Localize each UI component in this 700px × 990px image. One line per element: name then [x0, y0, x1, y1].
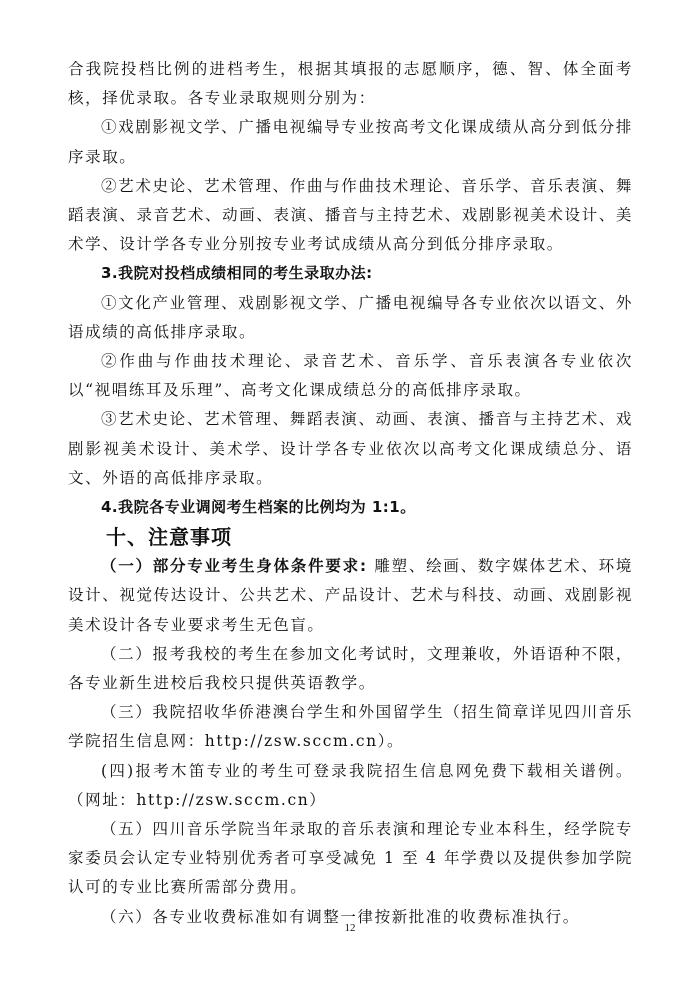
paragraph-rule-1: ①戏剧影视文学、广播电视编导专业按高考文化课成绩从高分到低分排序录取。 — [68, 113, 633, 171]
note-4: (四)报考木笛专业的考生可登录我院招生信息网免费下载相关谱例。（网址：http:… — [68, 757, 633, 815]
paragraph-rule-2: ②艺术史论、艺术管理、作曲与作曲技术理论、音乐学、音乐表演、舞蹈表演、录音艺术、… — [68, 172, 633, 260]
paragraph-tie-break-2: ②作曲与作曲技术理论、录音艺术、音乐学、音乐表演各专业依次以“视唱练耳及乐理”、… — [68, 347, 633, 405]
page-number: 12 — [0, 922, 700, 934]
paragraph-tie-break-1: ①文化产业管理、戏剧影视文学、广播电视编导各专业依次以语文、外语成绩的高低排序录… — [68, 289, 633, 347]
paragraph-tie-break-3: ③艺术史论、艺术管理、舞蹈表演、动画、表演、播音与主持艺术、戏剧影视美术设计、美… — [68, 405, 633, 493]
note-1: （一）部分专业考生身体条件要求: 雕塑、绘画、数字媒体艺术、环境设计、视觉传达设… — [68, 552, 633, 640]
subheading-file-ratio: 4.我院各专业调阅考生档案的比例均为 1:1。 — [68, 493, 633, 522]
note-2: （二）报考我校的考生在参加文化考试时，文理兼收，外语语种不限，各专业新生进校后我… — [68, 640, 633, 698]
note-1-lead: （一）部分专业考生身体条件要求: — [101, 557, 368, 575]
document-page: 合我院投档比例的进档考生，根据其填报的志愿顺序，德、智、体全面考核，择优录取。各… — [68, 55, 633, 932]
section-heading-notes: 十、注意事项 — [68, 522, 633, 552]
note-3: （三）我院招收华侨港澳台学生和外国留学生（招生简章详见四川音乐学院招生信息网：h… — [68, 698, 633, 756]
paragraph-admission-rules-intro: 合我院投档比例的进档考生，根据其填报的志愿顺序，德、智、体全面考核，择优录取。各… — [68, 55, 633, 113]
subheading-tie-break-rules: 3.我院对投档成绩相同的考生录取办法: — [68, 259, 633, 288]
note-5: （五）四川音乐学院当年录取的音乐表演和理论专业本科生，经学院专家委员会认定专业特… — [68, 815, 633, 903]
